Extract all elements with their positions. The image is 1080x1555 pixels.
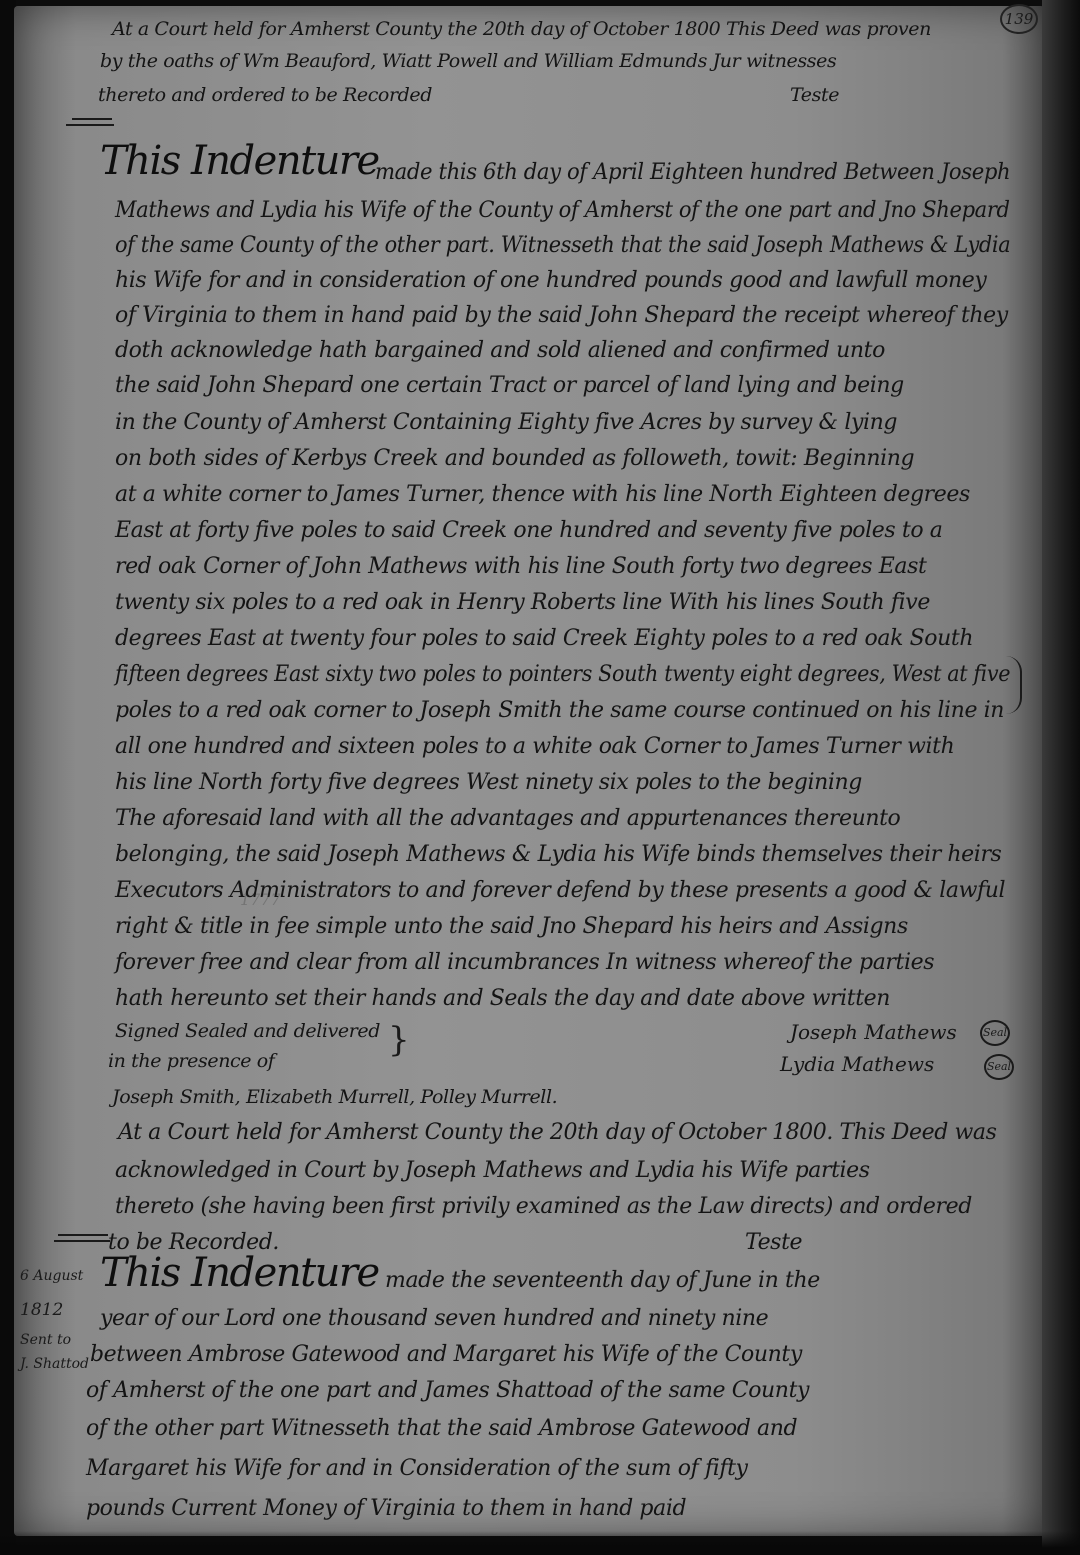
divider-rule — [66, 124, 114, 126]
divider-rule — [54, 1240, 110, 1242]
text-line: year of our Lord one thousand seven hund… — [100, 1306, 768, 1331]
margin-note: 6 August — [20, 1268, 83, 1284]
seal-icon: Seal — [980, 1020, 1010, 1046]
signature-lydia-mathews: Lydia Mathews — [780, 1052, 934, 1076]
teste-label: Teste — [790, 84, 839, 106]
text-line: of Virginia to them in hand paid by the … — [115, 303, 1008, 328]
text-line: Margaret his Wife for and in Considerati… — [86, 1456, 748, 1481]
text-line: of the same County of the other part. Wi… — [115, 233, 1010, 258]
text-line: his Wife for and in consideration of one… — [115, 268, 986, 293]
page-number: 139 — [1000, 4, 1038, 34]
text-line: right & title in fee simple unto the sai… — [115, 914, 908, 939]
divider-rule — [72, 118, 112, 120]
text-line: on both sides of Kerbys Creek and bounde… — [115, 446, 914, 471]
divider-rule — [58, 1234, 108, 1236]
margin-note: Sent to — [20, 1332, 71, 1348]
text-line: hath hereunto set their hands and Seals … — [115, 986, 890, 1011]
seal-icon: Seal — [984, 1054, 1014, 1080]
bleed-through-mark: 1777 — [240, 890, 281, 909]
text-line: poles to a red oak corner to Joseph Smit… — [115, 698, 1004, 723]
margin-note: J. Shattod — [20, 1356, 89, 1372]
text-line: acknowledged in Court by Joseph Mathews … — [115, 1158, 870, 1183]
text-line: red oak Corner of John Mathews with his … — [115, 554, 926, 579]
text-line: all one hundred and sixteen poles to a w… — [115, 734, 954, 759]
text-line: at a white corner to James Turner, thenc… — [115, 482, 970, 507]
indenture-heading: This Indenture — [100, 1250, 379, 1296]
scan-bottom-edge — [0, 1531, 1080, 1555]
text-line: between Ambrose Gatewood and Margaret hi… — [90, 1342, 802, 1367]
text-line: degrees East at twenty four poles to sai… — [115, 626, 973, 651]
text-line: Mathews and Lydia his Wife of the County… — [115, 198, 1010, 223]
margin-note: 1812 — [20, 1300, 63, 1320]
signature-joseph-mathews: Joseph Mathews — [790, 1020, 957, 1044]
text-line: made the seventeenth day of June in the — [385, 1268, 820, 1293]
witnesses-line: Joseph Smith, Elizabeth Murrell, Polley … — [112, 1086, 557, 1108]
text-line: twenty six poles to a red oak in Henry R… — [115, 590, 930, 615]
attestation-line: in the presence of — [108, 1050, 274, 1072]
text-line: made this 6th day of April Eighteen hund… — [375, 160, 1010, 185]
text-line: thereto (she having been first privily e… — [115, 1194, 972, 1219]
text-line: in the County of Amherst Containing Eigh… — [115, 410, 897, 435]
text-line: East at forty five poles to said Creek o… — [115, 518, 942, 543]
text-line: the said John Shepard one certain Tract … — [115, 373, 904, 398]
text-line: At a Court held for Amherst County the 2… — [118, 1120, 997, 1145]
text-line: thereto and ordered to be Recorded — [98, 84, 432, 106]
text-line: At a Court held for Amherst County the 2… — [112, 18, 931, 40]
closing-bracket — [1006, 656, 1022, 714]
text-line: forever free and clear from all incumbra… — [115, 950, 934, 975]
book-binding — [1042, 0, 1080, 1555]
text-line: of the other part Witnesseth that the sa… — [86, 1416, 797, 1441]
text-line: doth acknowledge hath bargained and sold… — [115, 338, 885, 363]
text-line: belonging, the said Joseph Mathews & Lyd… — [115, 842, 1001, 867]
text-line: his line North forty five degrees West n… — [115, 770, 862, 795]
attestation-line: Signed Sealed and delivered — [115, 1020, 380, 1042]
brace-mark: } — [388, 1020, 410, 1060]
text-line: fifteen degrees East sixty two poles to … — [115, 662, 1010, 687]
text-line: of Amherst of the one part and James Sha… — [86, 1378, 809, 1403]
indenture-heading: This Indenture — [100, 138, 379, 184]
text-line: pounds Current Money of Virginia to them… — [86, 1496, 686, 1521]
text-line: The aforesaid land with all the advantag… — [115, 806, 900, 831]
teste-label: Teste — [745, 1230, 802, 1255]
text-line: by the oaths of Wm Beauford, Wiatt Powel… — [100, 50, 836, 72]
